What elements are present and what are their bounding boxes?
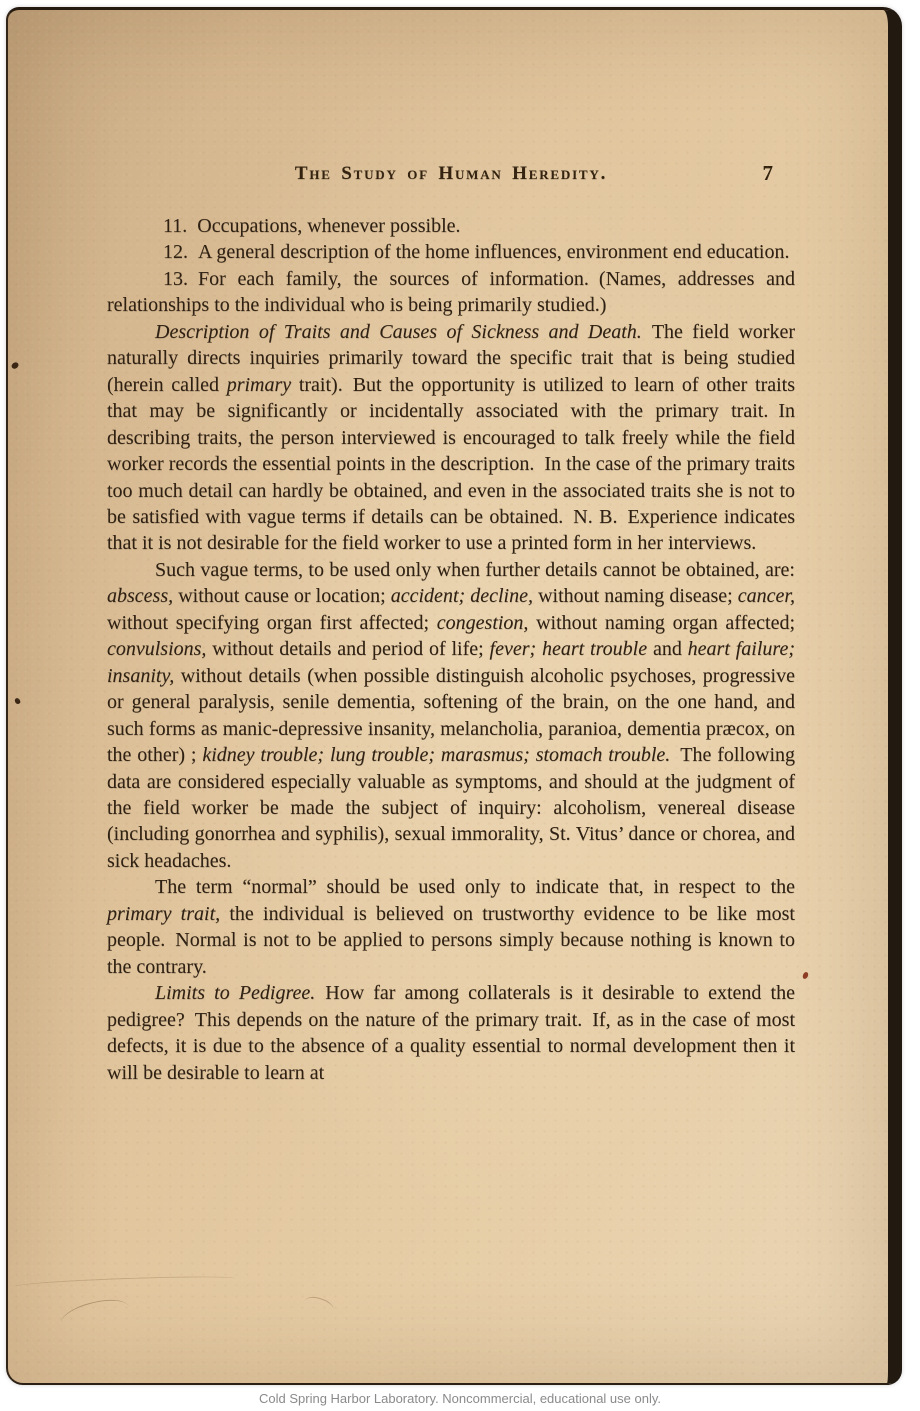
running-head: The Study of Human Heredity. 7 bbox=[107, 163, 795, 185]
text-run: 12. A general description of the home in… bbox=[163, 241, 789, 263]
italic-text-run: fever; heart trouble bbox=[490, 638, 648, 660]
italic-text-run: abscess, bbox=[107, 585, 173, 607]
text-run: trait). But the opportunity is utilized … bbox=[107, 374, 795, 555]
text-run: without naming disease; bbox=[533, 585, 738, 607]
text-run: 11. Occupations, whenever possible. bbox=[163, 215, 461, 237]
text-run: without cause or location; bbox=[173, 585, 391, 607]
ink-speck bbox=[11, 361, 20, 370]
text-run: without specifying organ first affected; bbox=[107, 612, 437, 634]
paragraph-7: Limits to Pedigree. How far among collat… bbox=[107, 980, 795, 1086]
paragraph-6: The term “normal” should be used only to… bbox=[107, 874, 795, 980]
italic-text-run: primary bbox=[227, 374, 291, 396]
text-run: and bbox=[647, 638, 688, 660]
text-run: 13. For each family, the sources of info… bbox=[107, 268, 795, 316]
ink-speck bbox=[802, 971, 809, 979]
italic-text-run: congestion, bbox=[437, 612, 529, 634]
italic-text-run: accident; decline, bbox=[391, 585, 533, 607]
italic-text-run: convulsions, bbox=[107, 638, 206, 660]
paragraph-5: Such vague terms, to be used only when f… bbox=[107, 557, 795, 874]
italic-text-run: primary trait, bbox=[107, 903, 220, 925]
italic-text-run: Limits to Pedigree. bbox=[155, 982, 315, 1004]
text-block: 11. Occupations, whenever possible.12. A… bbox=[107, 213, 795, 1086]
italic-text-run: kidney trouble; lung trouble; marasmus; … bbox=[202, 744, 670, 766]
scan-background: The Study of Human Heredity. 7 11. Occup… bbox=[0, 0, 920, 1411]
paragraph-3: 13. For each family, the sources of info… bbox=[107, 266, 795, 319]
copyright-caption: Cold Spring Harbor Laboratory. Noncommer… bbox=[0, 1388, 920, 1411]
italic-text-run: cancer, bbox=[738, 585, 795, 607]
book-page: The Study of Human Heredity. 7 11. Occup… bbox=[6, 7, 902, 1385]
italic-text-run: Description of Traits and Causes of Sick… bbox=[155, 321, 642, 343]
paragraph-4: Description of Traits and Causes of Sick… bbox=[107, 319, 795, 557]
paper-scratch bbox=[58, 1294, 132, 1337]
paper-scratch bbox=[16, 1274, 236, 1291]
text-run: Such vague terms, to be used only when f… bbox=[155, 559, 795, 581]
paper-scratch bbox=[302, 1294, 335, 1318]
running-head-title: The Study of Human Heredity. bbox=[295, 163, 607, 184]
paragraph-1: 11. Occupations, whenever possible. bbox=[107, 213, 795, 239]
paragraph-2: 12. A general description of the home in… bbox=[107, 239, 795, 265]
text-run: without naming organ affected; bbox=[528, 612, 795, 634]
ink-speck bbox=[14, 697, 21, 704]
text-run: The term “normal” should be used only to… bbox=[155, 876, 795, 898]
text-run: without details and period of life; bbox=[206, 638, 489, 660]
page-number: 7 bbox=[763, 161, 774, 186]
